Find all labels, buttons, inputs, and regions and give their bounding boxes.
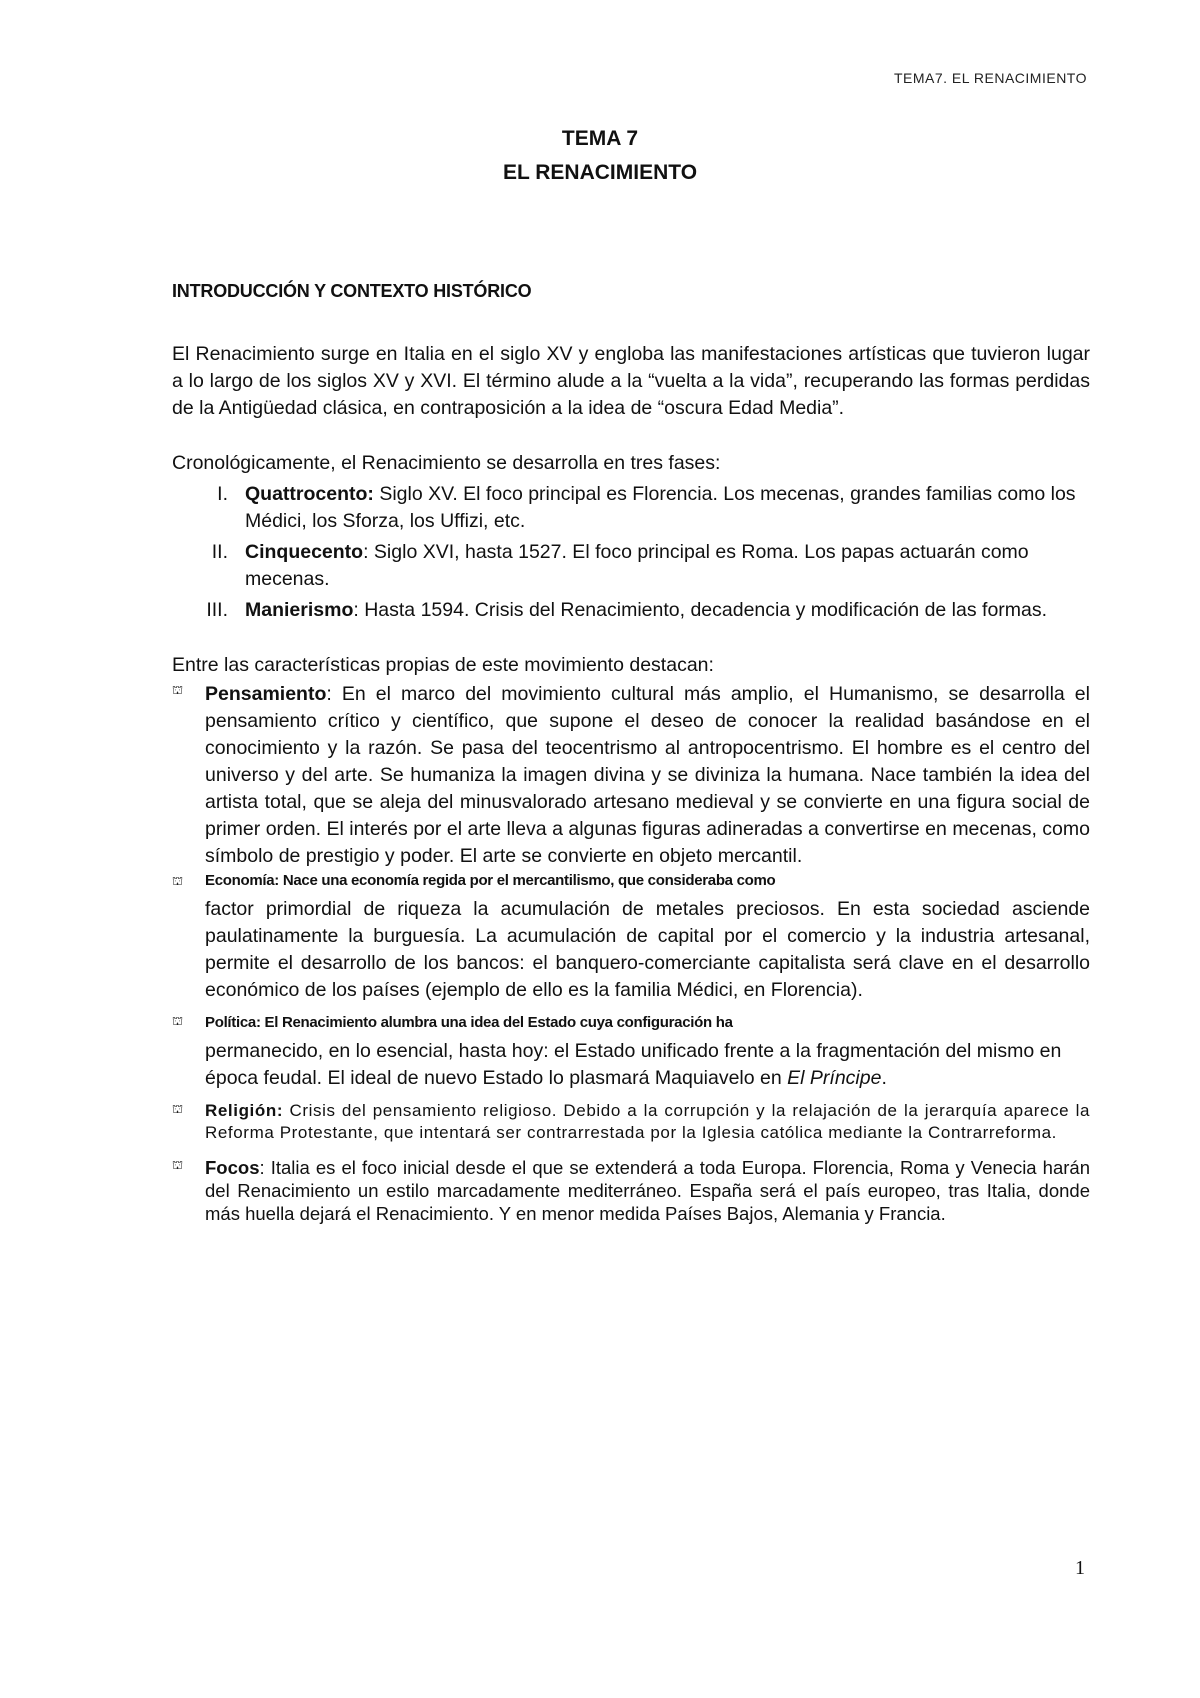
phases-intro: Cronológicamente, el Renacimiento se des… <box>172 450 1090 477</box>
running-header: TEMA7. EL RENACIMIENTO <box>894 70 1087 86</box>
section-heading: INTRODUCCIÓN Y CONTEXTO HISTÓRICO <box>172 278 1090 305</box>
church-bullet-icon: ⛫ <box>172 1158 183 1172</box>
title-line-1: TEMA 7 <box>0 122 1200 156</box>
characteristic-text: permanecido, en lo esencial, hasta hoy: … <box>205 1038 1090 1092</box>
document-page: TEMA7. EL RENACIMIENTO TEMA 7 EL RENACIM… <box>0 0 1200 1698</box>
phase-term: Quattrocento: <box>245 483 374 505</box>
phase-numeral: III. <box>180 597 228 624</box>
characteristic-economia: ⛫ Economía: Nace una economía regida por… <box>172 870 1090 1004</box>
intro-paragraph: El Renacimiento surge en Italia en el si… <box>172 341 1090 422</box>
characteristics-list: ⛫ Pensamiento: En el marco del movimient… <box>172 681 1090 1225</box>
phases-list: I. Quattrocento: Siglo XV. El foco princ… <box>172 481 1090 624</box>
characteristic-text: : Italia es el foco inicial desde el que… <box>205 1157 1090 1224</box>
characteristic-term: Pensamiento <box>205 683 326 705</box>
document-title: TEMA 7 EL RENACIMIENTO <box>0 122 1200 190</box>
church-bullet-icon: ⛫ <box>172 1102 184 1116</box>
book-title: El Príncipe <box>787 1067 881 1089</box>
phase-item-manierismo: III. Manierismo: Hasta 1594. Crisis del … <box>172 597 1090 624</box>
phase-term: Manierismo <box>245 599 353 621</box>
phase-item-quattrocento: I. Quattrocento: Siglo XV. El foco princ… <box>172 481 1090 535</box>
church-bullet-icon: ⛫ <box>172 1014 183 1028</box>
characteristics-intro: Entre las características propias de est… <box>172 652 1090 679</box>
characteristic-politica: ⛫ Política: El Renacimiento alumbra una … <box>172 1012 1090 1092</box>
characteristic-term: Religión: <box>205 1101 283 1120</box>
characteristic-text: Crisis del pensamiento religioso. Debido… <box>205 1101 1090 1142</box>
phase-term: Cinquecento <box>245 541 363 563</box>
characteristic-first-line: Política: El Renacimiento alumbra una id… <box>205 1012 1090 1034</box>
phase-text: : Siglo XVI, hasta 1527. El foco princip… <box>245 541 1029 590</box>
phase-numeral: I. <box>180 481 228 508</box>
characteristic-text: factor primordial de riqueza la acumulac… <box>205 896 1090 1004</box>
title-line-2: EL RENACIMIENTO <box>0 156 1200 190</box>
characteristic-text: : En el marco del movimiento cultural má… <box>205 683 1090 867</box>
characteristic-pensamiento: ⛫ Pensamiento: En el marco del movimient… <box>172 681 1090 870</box>
church-bullet-icon: ⛫ <box>172 683 183 697</box>
page-number: 1 <box>1075 1557 1085 1580</box>
characteristic-focos: ⛫ Focos: Italia es el foco inicial desde… <box>172 1156 1090 1225</box>
characteristic-first-line: Economía: Nace una economía regida por e… <box>205 870 1090 892</box>
politica-continuation: permanecido, en lo esencial, hasta hoy: … <box>205 1040 1061 1089</box>
document-body: INTRODUCCIÓN Y CONTEXTO HISTÓRICO El Ren… <box>172 278 1090 1225</box>
phase-text: : Hasta 1594. Crisis del Renacimiento, d… <box>353 599 1047 621</box>
phase-item-cinquecento: II. Cinquecento: Siglo XVI, hasta 1527. … <box>172 539 1090 593</box>
sentence-end: . <box>881 1067 886 1089</box>
phase-numeral: II. <box>180 539 228 566</box>
characteristic-religion: ⛫ Religión: Crisis del pensamiento relig… <box>172 1100 1090 1144</box>
characteristic-term: Focos <box>205 1157 259 1178</box>
church-bullet-icon: ⛫ <box>172 874 183 888</box>
